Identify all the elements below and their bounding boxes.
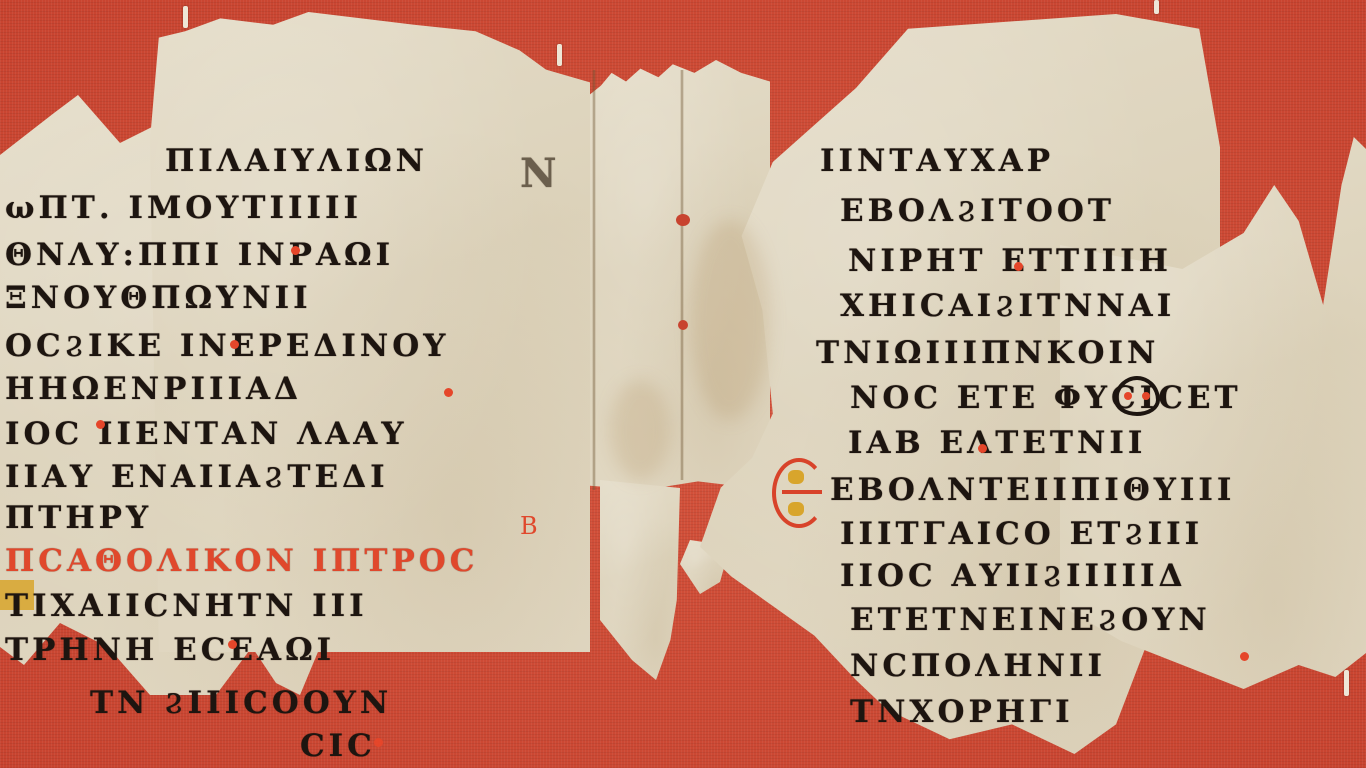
text-line: ωΠΤ. ΙΜΟΥΤΙΙΙΙΙ <box>5 190 362 226</box>
red-dot <box>374 738 383 747</box>
text-line: ΤΡΗΝΗ ΕϹΕΑΩΙ <box>5 632 335 668</box>
text-line: ΟϹϨΙΚΕ ΙΝΕΡΕΔΙΝΟΥ <box>5 328 449 364</box>
red-dot <box>444 388 453 397</box>
text-line: ΤΙΧΑΙΙϹΝΗΤΝ ΙΙΙ <box>5 588 368 624</box>
text-line: ΝΙΡΗΤ ΕΤΤΙΙΙΗ <box>848 243 1172 279</box>
text-line: ΞΝΟΥΘΠΩΥΝΙΙ <box>5 280 312 316</box>
text-line: ΠΙΛΑΙΥΛΙΩΝ <box>165 143 428 179</box>
red-dot <box>978 444 987 453</box>
illuminated-initial <box>772 458 826 528</box>
text-line: ΤΝΧΟΡΗΓΙ <box>850 694 1074 730</box>
red-dot <box>291 246 300 255</box>
text-line: ϹΙϹ <box>300 728 376 764</box>
red-dot <box>1240 652 1249 661</box>
mounting-pin <box>1154 0 1159 14</box>
text-line: ΙΟϹ ΙΙΕΝΤΑΝ ΛΑΑΥ <box>5 416 407 452</box>
text-line: ΕΒΟΛϨΙΤΟΟΤ <box>840 193 1115 229</box>
mounting-pin <box>183 6 188 28</box>
rubric-line: ΠϹΑΘΟΛΙΚΟΝ ΙΠΤΡΟϹ <box>5 543 478 579</box>
phi-letter <box>1114 376 1160 416</box>
text-line: ΕΤΕΤΝΕΙΝΕϨΟΥΝ <box>850 602 1211 638</box>
text-line: ΙΙΝΤΑΥΧΑΡ <box>820 143 1054 179</box>
red-dot <box>1014 262 1023 271</box>
fold-line-center <box>680 70 684 480</box>
red-dot <box>230 340 239 349</box>
text-line: ΝΟϹ ΕΤΕ ΦΥϹΙϹΕΤ <box>850 380 1242 416</box>
mounting-pin <box>557 44 562 66</box>
margin-mark: N <box>520 150 561 197</box>
text-line: ΧΗΙϹΑΙϨΙΤΝΝΑΙ <box>840 288 1175 324</box>
gold-accent <box>788 502 804 516</box>
text-line: ΤΝ ϨΙΙΙϹΟΟΥΝ <box>90 685 392 721</box>
stain <box>610 380 670 480</box>
center-lower-fragment <box>600 480 680 680</box>
text-line: ΤΝΙΩΙΙΙΠΝΚΟΙΝ <box>816 335 1159 371</box>
hole <box>676 214 690 226</box>
fold-line-left <box>592 70 596 490</box>
stain <box>690 220 770 420</box>
red-dot <box>228 640 237 649</box>
text-line: ΙΙΟϹ ΑΥΙΙϨΙΙΙΙΙΔ <box>840 558 1187 594</box>
text-line: ΙΙΑΥ ΕΝΑΙΙΑϨΤΕΔΙ <box>5 459 389 495</box>
mounting-pin <box>1344 670 1349 696</box>
manuscript-photo: N ΠΙΛΑΙΥΛΙΩΝ ωΠΤ. ΙΜΟΥΤΙΙΙΙΙ ΘΝΛΥ:ΠΠΙ ΙΝ… <box>0 0 1366 768</box>
red-dot <box>1142 392 1150 400</box>
text-line: ΠΤΗΡΥ <box>5 500 152 536</box>
text-line: ΗΗΩΕΝΡΙΙΙΑΔ <box>5 371 302 407</box>
gold-accent <box>788 470 804 484</box>
text-line: ΙΑΒ ΕΛΤΕΤΝΙΙ <box>848 425 1146 461</box>
text-line: ΙΙΙΤΓΑΙϹΟ ΕΤϨΙΙΙ <box>840 516 1203 552</box>
text-line: ΕΒΟΛΝΤΕΙΙΠΙΘΥΙΙΙ <box>830 472 1235 508</box>
red-dot <box>1124 392 1132 400</box>
initial-bar <box>782 490 822 494</box>
text-line: ΘΝΛΥ:ΠΠΙ ΙΝΡΑΩΙ <box>5 237 394 273</box>
red-dot <box>96 420 105 429</box>
text-line: ΝϹΠΟΛΗΝΙΙ <box>850 648 1106 684</box>
hole <box>678 320 688 330</box>
quire-letter: B <box>520 512 538 540</box>
